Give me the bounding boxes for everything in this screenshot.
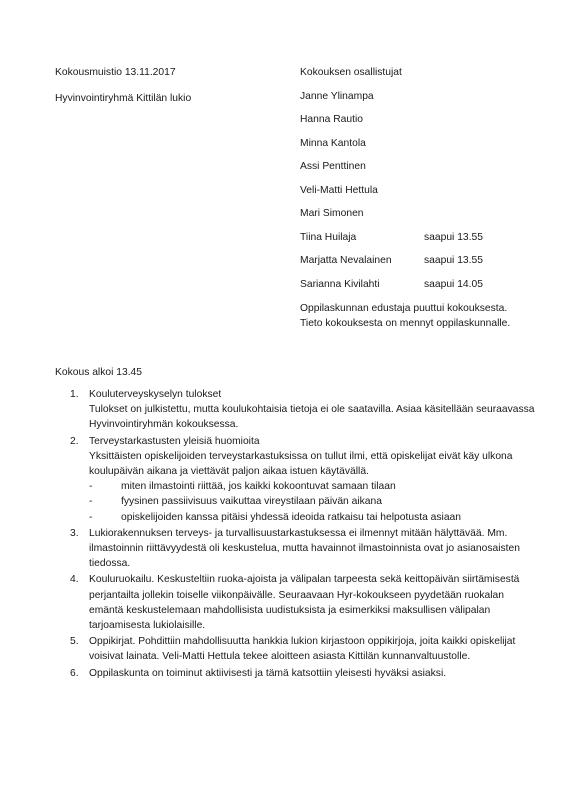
participants-note: Oppilaskunnan edustaja puuttui kokoukses… <box>300 302 520 331</box>
participant-name: Hanna Rautio <box>300 114 363 125</box>
participant-name: Assi Penttinen <box>300 161 366 172</box>
participant-row: Hanna Rautio <box>300 113 530 137</box>
participant-row: Tiina Huilajasaapui 13.55 <box>300 231 530 255</box>
participant-row: Assi Penttinen <box>300 160 530 184</box>
agenda-text: Oppilaskunta on toiminut aktiivisesti ja… <box>89 666 540 681</box>
participant-name: Marjatta Nevalainen <box>300 255 392 266</box>
participant-row: Sarianna Kivilahtisaapui 14.05 <box>300 278 530 302</box>
document-header: Kokousmuistio 13.11.2017 Hyvinvointiryhm… <box>55 66 191 117</box>
agenda-item: 1.Kouluterveyskyselyn tuloksetTulokset o… <box>70 387 540 433</box>
agenda-item: 6.Oppilaskunta on toiminut aktiivisesti … <box>70 666 540 681</box>
agenda-number: 4. <box>70 572 79 587</box>
agenda-number: 6. <box>70 666 79 681</box>
agenda-title: Kouluterveyskyselyn tulokset <box>89 387 540 402</box>
agenda-number: 3. <box>70 526 79 541</box>
agenda-item: 3.Lukiorakennuksen terveys- ja turvallis… <box>70 526 540 572</box>
bullet-item: -opiskelijoiden kanssa pitäisi yhdessä i… <box>89 510 540 525</box>
participant-row: Marjatta Nevalainensaapui 13.55 <box>300 254 530 278</box>
agenda-number: 1. <box>70 387 79 402</box>
group-name: Hyvinvointiryhmä Kittilän lukio <box>55 92 191 118</box>
agenda-text: Lukiorakennuksen terveys- ja turvallisuu… <box>89 526 540 572</box>
participants-heading: Kokouksen osallistujat <box>300 66 530 90</box>
arrival-time: saapui 13.55 <box>424 254 483 268</box>
bullet-item: -miten ilmastointi riittää, jos kaikki k… <box>89 479 540 494</box>
participant-name: Sarianna Kivilahti <box>300 279 380 290</box>
agenda-text: Yksittäisten opiskelijoiden terveystarka… <box>89 449 540 479</box>
agenda-number: 2. <box>70 434 79 449</box>
participant-name: Minna Kantola <box>300 138 366 149</box>
memo-title: Kokousmuistio 13.11.2017 <box>55 66 191 92</box>
participant-name: Janne Ylinampa <box>300 91 374 102</box>
participant-name: Mari Simonen <box>300 208 364 219</box>
participant-row: Minna Kantola <box>300 137 530 161</box>
participant-name: Tiina Huilaja <box>300 232 356 243</box>
agenda-text: Tulokset on julkistettu, mutta koulukoht… <box>89 402 540 432</box>
agenda-item: 2.Terveystarkastusten yleisiä huomioitaY… <box>70 434 540 525</box>
participant-row: Veli-Matti Hettula <box>300 184 530 208</box>
agenda-item: 4.Kouluruokailu. Keskusteltiin ruoka-ajo… <box>70 572 540 633</box>
agenda-item: 5.Oppikirjat. Pohdittiin mahdollisuutta … <box>70 634 540 664</box>
agenda-title: Terveystarkastusten yleisiä huomioita <box>89 434 540 449</box>
agenda-text: Kouluruokailu. Keskusteltiin ruoka-ajois… <box>89 572 540 633</box>
participants-section: Kokouksen osallistujat Janne YlinampaHan… <box>300 66 530 331</box>
agenda-text: Oppikirjat. Pohdittiin mahdollisuutta ha… <box>89 634 540 664</box>
participant-row: Mari Simonen <box>300 207 530 231</box>
arrival-time: saapui 13.55 <box>424 231 483 245</box>
participant-row: Janne Ylinampa <box>300 90 530 114</box>
agenda-list: 1.Kouluterveyskyselyn tuloksetTulokset o… <box>70 387 540 682</box>
arrival-time: saapui 14.05 <box>424 278 483 292</box>
bullet-item: -fyysinen passiivisuus vaikuttaa vireyst… <box>89 494 540 509</box>
agenda-number: 5. <box>70 634 79 649</box>
participant-name: Veli-Matti Hettula <box>300 185 378 196</box>
bullet-list: -miten ilmastointi riittää, jos kaikki k… <box>89 479 540 525</box>
meeting-start: Kokous alkoi 13.45 <box>55 366 142 380</box>
